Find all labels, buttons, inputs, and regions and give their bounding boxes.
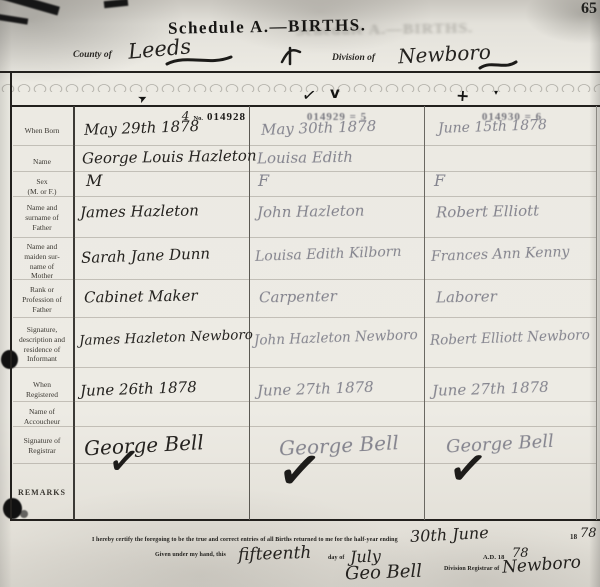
field-rank: Cabinet Maker (84, 286, 252, 307)
field-sex: F (434, 171, 600, 190)
field-informant: James Hazleton Newboro (79, 327, 247, 349)
field-name: Louisa Edith (257, 147, 425, 168)
record-column-3: 014930 = 6 June 15th 1878 F Robert Ellio… (428, 0, 596, 587)
record-column-1: 4 No. 014928 May 29th 1878 George Louis … (78, 0, 246, 587)
row-label-informant: Signature, description and residence of … (13, 325, 71, 364)
field-father: Robert Elliott (436, 201, 600, 222)
row-label-father: Name and surname of Father (13, 203, 71, 232)
row-label-mother: Name and maiden sur- name of Mother (13, 242, 71, 281)
division-registrar-label: Division Registrar of (444, 566, 499, 572)
record-column-2: 014929 = 5 May 30th 1878 Louisa Edith F … (253, 0, 421, 587)
year-handwritten: 78 (580, 526, 597, 541)
day-handwritten: fifteenth (238, 543, 312, 566)
row-label-name: Name (13, 157, 71, 167)
given-under-hand-text: Given under my hand, this (155, 552, 226, 558)
field-name: George Louis Hazleton (82, 147, 250, 168)
row-label-accoucheur: Name of Accoucheur (13, 407, 71, 427)
field-rank: Carpenter (259, 286, 427, 307)
row-label-rank: Rank or Profession of Father (13, 285, 71, 314)
certification-text: I hereby certify the foregoing to be the… (92, 537, 398, 543)
ink-blot (20, 510, 28, 518)
field-father: James Hazleton (80, 201, 248, 222)
field-father: John Hazleton (257, 201, 425, 222)
field-when-registered: June 27th 1878 (432, 376, 600, 400)
row-label-registrar: Signature of Registrar (13, 436, 71, 456)
field-mother: Frances Ann Kenny (431, 243, 599, 265)
column-divider (73, 106, 75, 520)
row-label-sex: Sex (M. or F.) (13, 177, 71, 197)
scan-artifact (0, 0, 60, 15)
table-left-border (10, 71, 12, 521)
day-of-label: day of (328, 555, 344, 561)
year-prefix: 18 (570, 533, 577, 541)
row-label-when-registered: When Registered (13, 380, 71, 400)
field-sex: F (258, 171, 426, 190)
field-name (434, 147, 600, 150)
ink-blot (3, 498, 22, 519)
registrar-signature-footer: Geo Bell (345, 561, 423, 585)
field-when-registered: June 27th 1878 (257, 376, 426, 400)
field-informant: John Hazleton Newboro (254, 327, 422, 349)
field-when-registered: June 26th 1878 (80, 376, 249, 400)
scan-artifact (0, 13, 28, 24)
row-label-remarks: REMARKS (13, 488, 71, 498)
scanned-birth-register-page: Schedule A.—BIRTHS. Schedule A.—BIRTHS. … (0, 0, 600, 587)
field-mother: Sarah Jane Dunn (81, 243, 250, 267)
field-informant: Robert Elliott Newboro (430, 327, 598, 349)
field-rank: Laborer (436, 286, 600, 307)
field-mother: Louisa Edith Kilborn (255, 243, 423, 265)
field-sex: M (86, 171, 254, 190)
row-label-when-born: When Born (13, 126, 71, 136)
